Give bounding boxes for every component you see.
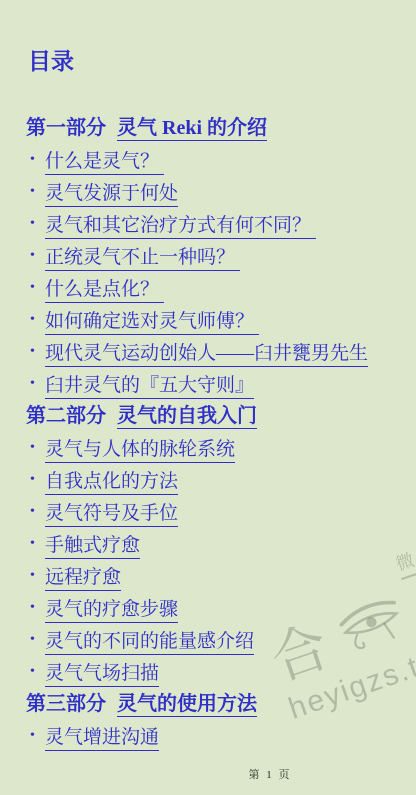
toc-link[interactable]: 灵气发源于何处 (45, 178, 178, 207)
toc-document-page: 目录 第一部分灵气 Reki 的介绍 • 什么是灵气？ • 灵气发源于何处 • … (0, 0, 416, 795)
page-number-footer: 第 1 页 (210, 766, 330, 782)
bullet-icon: • (30, 600, 45, 616)
section-2-heading: 第二部分灵气的自我入门 (26, 400, 416, 432)
toc-item: • 灵气的疗愈步骤 (30, 592, 416, 624)
toc-item: • 臼井灵气的『五大守则』 (30, 368, 416, 400)
toc-item: • 灵气与人体的脉轮系统 (30, 432, 416, 464)
toc-link[interactable]: 灵气气场扫描 (45, 658, 159, 687)
section-1-part-label: 第一部分 (26, 117, 106, 139)
toc-link[interactable]: 现代灵气运动创始人——臼井甕男先生 (45, 338, 368, 367)
toc-link[interactable]: 灵气与人体的脉轮系统 (45, 434, 235, 463)
bullet-icon: • (30, 440, 45, 456)
bullet-icon: • (30, 184, 45, 200)
toc-item: • 灵气增进沟通 (30, 720, 416, 752)
spacer (0, 80, 416, 112)
toc-link[interactable]: 臼井灵气的『五大守则』 (45, 370, 254, 399)
toc-link[interactable]: 灵气符号及手位 (45, 498, 178, 527)
toc-item: • 如何确定选对灵气师傅？ (30, 304, 416, 336)
toc-content: 目录 第一部分灵气 Reki 的介绍 • 什么是灵气？ • 灵气发源于何处 • … (0, 0, 416, 752)
bullet-icon: • (30, 152, 45, 168)
bullet-icon: • (30, 664, 45, 680)
section-3-heading: 第三部分灵气的使用方法 (26, 688, 416, 720)
toc-item: • 灵气的不同的能量感介绍 (30, 624, 416, 656)
toc-link[interactable]: 什么是灵气？ (45, 146, 164, 175)
bullet-icon: • (30, 504, 45, 520)
toc-item: • 灵气发源于何处 (30, 176, 416, 208)
toc-link[interactable]: 手触式疗愈 (45, 530, 140, 559)
toc-item: • 现代灵气运动创始人——臼井甕男先生 (30, 336, 416, 368)
bullet-icon: • (30, 312, 45, 328)
toc-item: • 什么是灵气？ (30, 144, 416, 176)
toc-link[interactable]: 灵气和其它治疗方式有何不同？ (45, 210, 316, 239)
toc-link[interactable]: 正统灵气不止一种吗？ (45, 242, 240, 271)
toc-item: • 灵气符号及手位 (30, 496, 416, 528)
toc-link[interactable]: 远程疗愈 (45, 562, 121, 591)
bullet-icon: • (30, 344, 45, 360)
toc-link[interactable]: 什么是点化？ (45, 274, 164, 303)
section-1-heading: 第一部分灵气 Reki 的介绍 (26, 112, 416, 144)
toc-item: • 什么是点化？ (30, 272, 416, 304)
toc-item: • 正统灵气不止一种吗？ (30, 240, 416, 272)
toc-link[interactable]: 灵气的不同的能量感介绍 (45, 626, 254, 655)
toc-item: • 灵气气场扫描 (30, 656, 416, 688)
section-2-title-link[interactable]: 灵气的自我入门 (117, 405, 257, 429)
section-2-part-label: 第二部分 (26, 405, 106, 427)
toc-link[interactable]: 自我点化的方法 (45, 466, 178, 495)
toc-item: • 远程疗愈 (30, 560, 416, 592)
section-3-part-label: 第三部分 (26, 693, 106, 715)
bullet-icon: • (30, 248, 45, 264)
toc-link[interactable]: 如何确定选对灵气师傅？ (45, 306, 259, 335)
page-title: 目录 (28, 46, 416, 80)
bullet-icon: • (30, 632, 45, 648)
bullet-icon: • (30, 536, 45, 552)
bullet-icon: • (30, 216, 45, 232)
bullet-icon: • (30, 376, 45, 392)
section-1-title-link[interactable]: 灵气 Reki 的介绍 (117, 117, 267, 141)
toc-item: • 手触式疗愈 (30, 528, 416, 560)
section-3-title-link[interactable]: 灵气的使用方法 (117, 693, 257, 717)
toc-item: • 自我点化的方法 (30, 464, 416, 496)
bullet-icon: • (30, 728, 45, 744)
toc-link[interactable]: 灵气增进沟通 (45, 722, 159, 751)
toc-item: • 灵气和其它治疗方式有何不同？ (30, 208, 416, 240)
toc-link[interactable]: 灵气的疗愈步骤 (45, 594, 178, 623)
bullet-icon: • (30, 280, 45, 296)
bullet-icon: • (30, 472, 45, 488)
bullet-icon: • (30, 568, 45, 584)
